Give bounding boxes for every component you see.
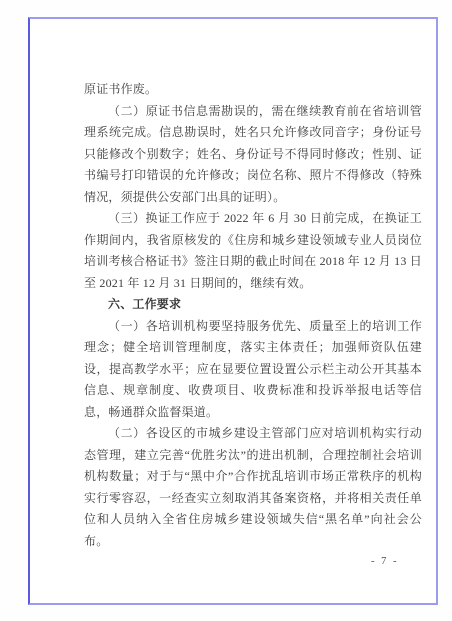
paragraph-requirement-2-supervision: （二）各设区的市城乡建设主管部门应对培训机构实行动态管理，建立完善“优胜劣汰”的… xyxy=(84,423,422,552)
section-heading-work-requirements: 六、工作要求 xyxy=(84,294,422,316)
screenshot-root: { "page": { "footer": { "page_number_lab… xyxy=(0,0,452,621)
document-page: 原证书作废。 （二）原证书信息需勘误的，需在继续教育前在省培训管理系统完成。信息… xyxy=(28,17,438,605)
page-number: - 7 - xyxy=(371,556,399,567)
paragraph-requirement-1-training-orgs: （一）各培训机构要坚持服务优先、质量至上的培训工作理念；健全培训管理制度，落实主… xyxy=(84,316,422,424)
paragraph-continuation: 原证书作废。 xyxy=(84,79,422,101)
paragraph-item-3-renewal-deadline: （三）换证工作应于 2022 年 6 月 30 日前完成，在换证工作期间内，我省… xyxy=(84,208,422,294)
paragraph-item-2-correction: （二）原证书信息需勘误的，需在继续教育前在省培训管理系统完成。信息勘误时，姓名只… xyxy=(84,101,422,209)
document-body: 原证书作废。 （二）原证书信息需勘误的，需在继续教育前在省培训管理系统完成。信息… xyxy=(84,79,422,552)
